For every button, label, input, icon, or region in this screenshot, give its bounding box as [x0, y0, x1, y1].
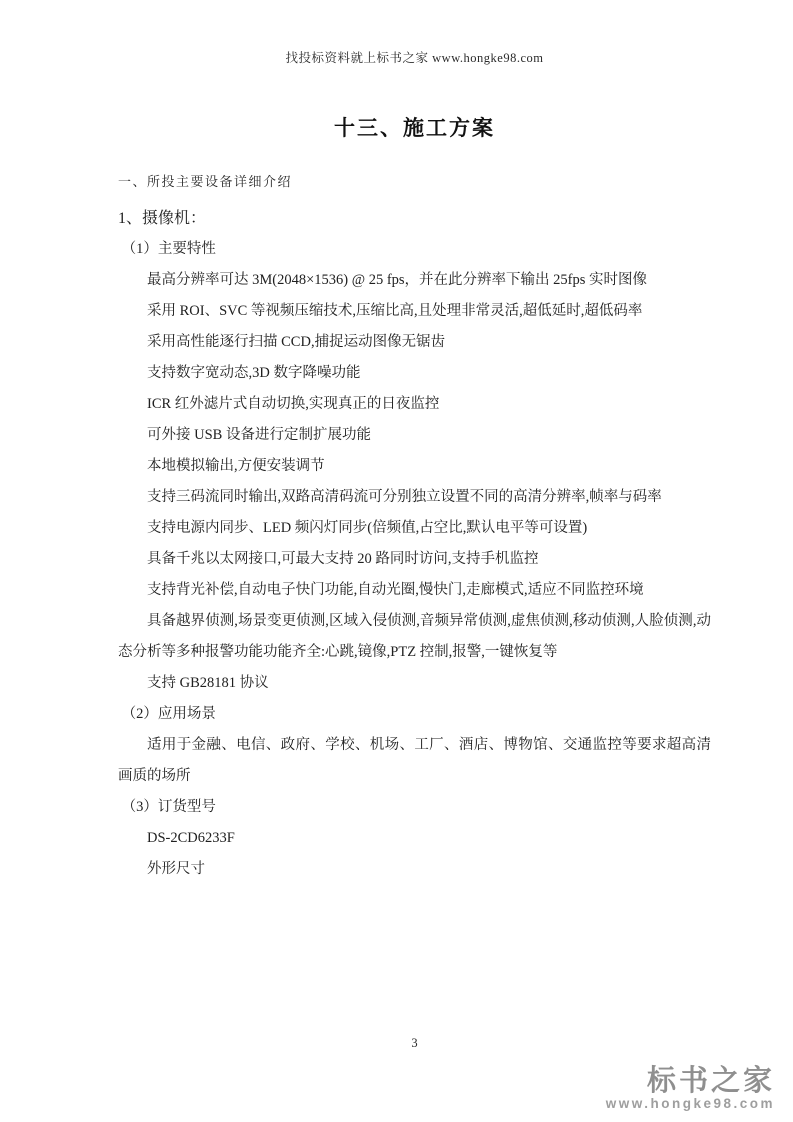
paragraph-feature: 采用 ROI、SVC 等视频压缩技术,压缩比高,且处理非常灵活,超低延时,超低码…: [118, 296, 711, 327]
paragraph-application-label: （2）应用场景: [118, 699, 711, 730]
paragraph-feature: 可外接 USB 设备进行定制扩展功能: [118, 420, 711, 451]
paragraph-feature: 支持三码流同时输出,双路高清码流可分别独立设置不同的高清分辨率,帧率与码率: [118, 482, 711, 513]
subsection-heading: 1、摄像机：: [118, 203, 711, 234]
paragraph-model-label: （3）订货型号: [118, 792, 711, 823]
paragraph-model-number: DS-2CD6233F: [118, 823, 711, 854]
page-header-text: 找投标资料就上标书之家 www.hongke98.com: [118, 48, 711, 66]
page-number: 3: [118, 1036, 711, 1051]
watermark-url: www.hongke98.com: [606, 1096, 775, 1112]
paragraph-feature: 支持电源内同步、LED 频闪灯同步(倍频值,占空比,默认电平等可设置): [118, 513, 711, 544]
paragraph-feature-list-label-1: （1）主要特性: [118, 234, 711, 265]
paragraph-feature: 支持 GB28181 协议: [118, 668, 711, 699]
paragraph-feature: ICR 红外滤片式自动切换,实现真正的日夜监控: [118, 389, 711, 420]
document-body: 一、所投主要设备详细介绍 1、摄像机： （1）主要特性 最高分辨率可达 3M(2…: [118, 166, 711, 885]
paragraph-feature: 支持背光补偿,自动电子快门功能,自动光圈,慢快门,走廊模式,适应不同监控环境: [118, 575, 711, 606]
watermark: 标书之家 www.hongke98.com: [606, 1066, 775, 1112]
paragraph-feature: 具备越界侦测,场景变更侦测,区域入侵侦测,音频异常侦测,虚焦侦测,移动侦测,人脸…: [118, 606, 711, 668]
paragraph-feature: 最高分辨率可达 3M(2048×1536) @ 25 fps，并在此分辨率下输出…: [118, 265, 711, 296]
paragraph-feature: 具备千兆以太网接口,可最大支持 20 路同时访问,支持手机监控: [118, 544, 711, 575]
paragraph-dimensions-label: 外形尺寸: [118, 854, 711, 885]
section-heading: 一、所投主要设备详细介绍: [118, 166, 711, 197]
paragraph-application-text: 适用于金融、电信、政府、学校、机场、工厂、酒店、博物馆、交通监控等要求超高清画质…: [118, 730, 711, 792]
paragraph-feature: 支持数字宽动态,3D 数字降噪功能: [118, 358, 711, 389]
paragraph-feature: 采用高性能逐行扫描 CCD,捕捉运动图像无锯齿: [118, 327, 711, 358]
paragraph-feature: 本地模拟输出,方便安装调节: [118, 451, 711, 482]
document-title: 十三、施工方案: [118, 112, 711, 142]
document-page: 找投标资料就上标书之家 www.hongke98.com 十三、施工方案 一、所…: [0, 0, 793, 1122]
watermark-brand: 标书之家: [606, 1066, 775, 1096]
